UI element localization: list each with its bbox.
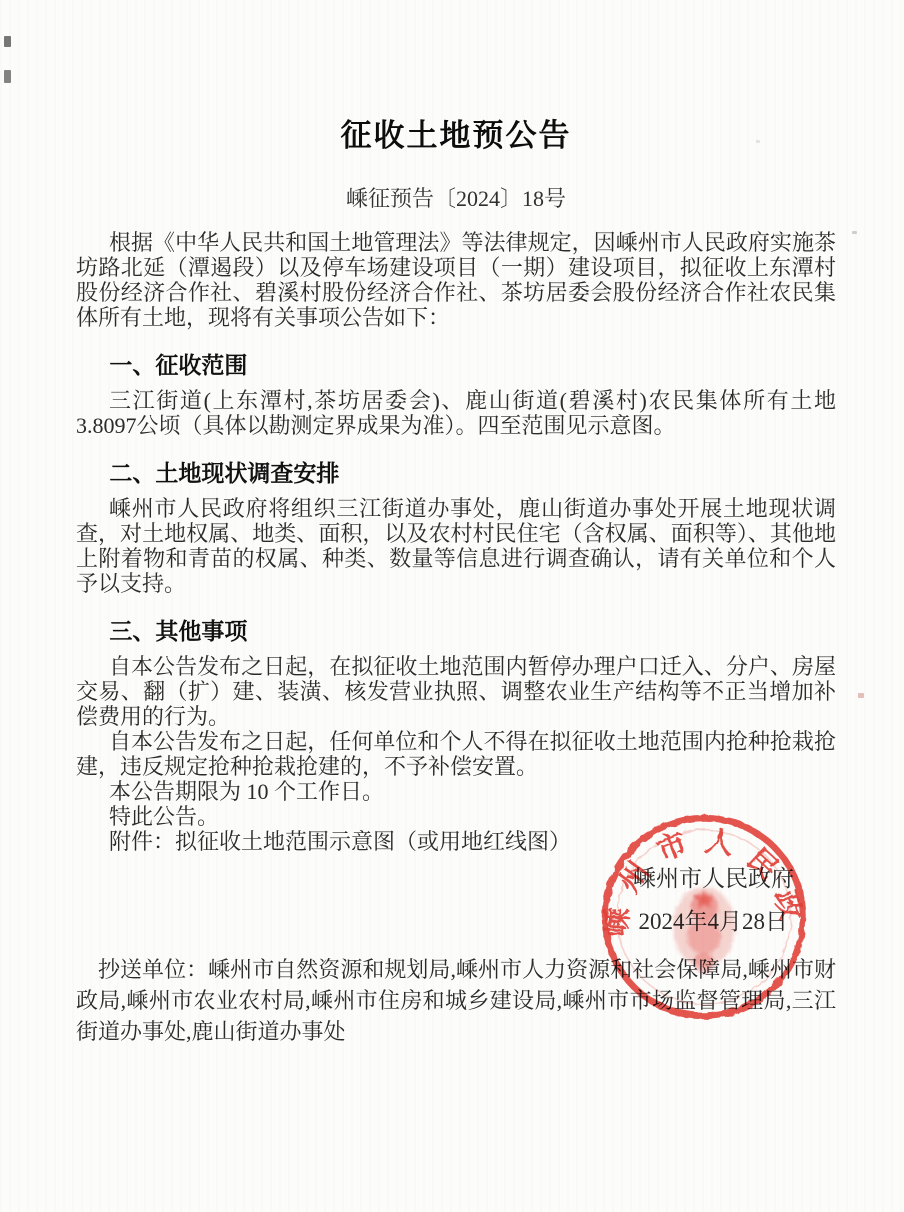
- document-body: 征收土地预公告 嵊征预告〔2024〕18号 根据《中华人民共和国土地管理法》等法…: [76, 114, 836, 1047]
- issuing-authority-signature: 嵊州市人民政府: [76, 866, 836, 892]
- section-1-heading: 一、征收范围: [76, 351, 836, 379]
- scan-artifact: [4, 36, 11, 47]
- notice-period-line: 本公告期限为 10 个工作日。: [76, 779, 836, 804]
- attachment-line: 附件：拟征收土地范围示意图（或用地红线图）: [76, 829, 836, 854]
- hereby-announced-line: 特此公告。: [76, 804, 836, 829]
- intro-paragraph: 根据《中华人民共和国土地管理法》等法律规定，因嵊州市人民政府实施茶坊路北延（潭遏…: [76, 230, 836, 330]
- section-2-paragraph: 嵊州市人民政府将组织三江街道办事处，鹿山街道办事处开展土地现状调查，对土地权属、…: [76, 496, 836, 596]
- cc-units-paragraph: 抄送单位：嵊州市自然资源和规划局,嵊州市人力资源和社会保障局,嵊州市财政局,嵊州…: [76, 954, 836, 1047]
- section-3-paragraph-2: 自本公告发布之日起，任何单位和个人不得在拟征收土地范围内抢种抢栽抢建，违反规定抢…: [76, 729, 836, 779]
- issue-date: 2024年4月28日: [76, 909, 836, 935]
- section-1-paragraph: 三江街道(上东潭村,茶坊居委会)、鹿山街道(碧溪村)农民集体所有土地3.8097…: [76, 388, 836, 438]
- page-title: 征收土地预公告: [76, 114, 836, 158]
- section-3-paragraph-1: 自本公告发布之日起，在拟征收土地范围内暂停办理户口迁入、分户、房屋交易、翻（扩）…: [76, 654, 836, 729]
- section-2-heading: 二、土地现状调查安排: [76, 459, 836, 487]
- scan-artifact: [4, 70, 11, 83]
- scan-artifact: [852, 231, 857, 234]
- announcement-document-page: 征收土地预公告 嵊征预告〔2024〕18号 根据《中华人民共和国土地管理法》等法…: [0, 0, 904, 1212]
- doc-number: 嵊征预告〔2024〕18号: [76, 184, 836, 214]
- scan-artifact: [858, 693, 864, 698]
- section-3-heading: 三、其他事项: [76, 617, 836, 645]
